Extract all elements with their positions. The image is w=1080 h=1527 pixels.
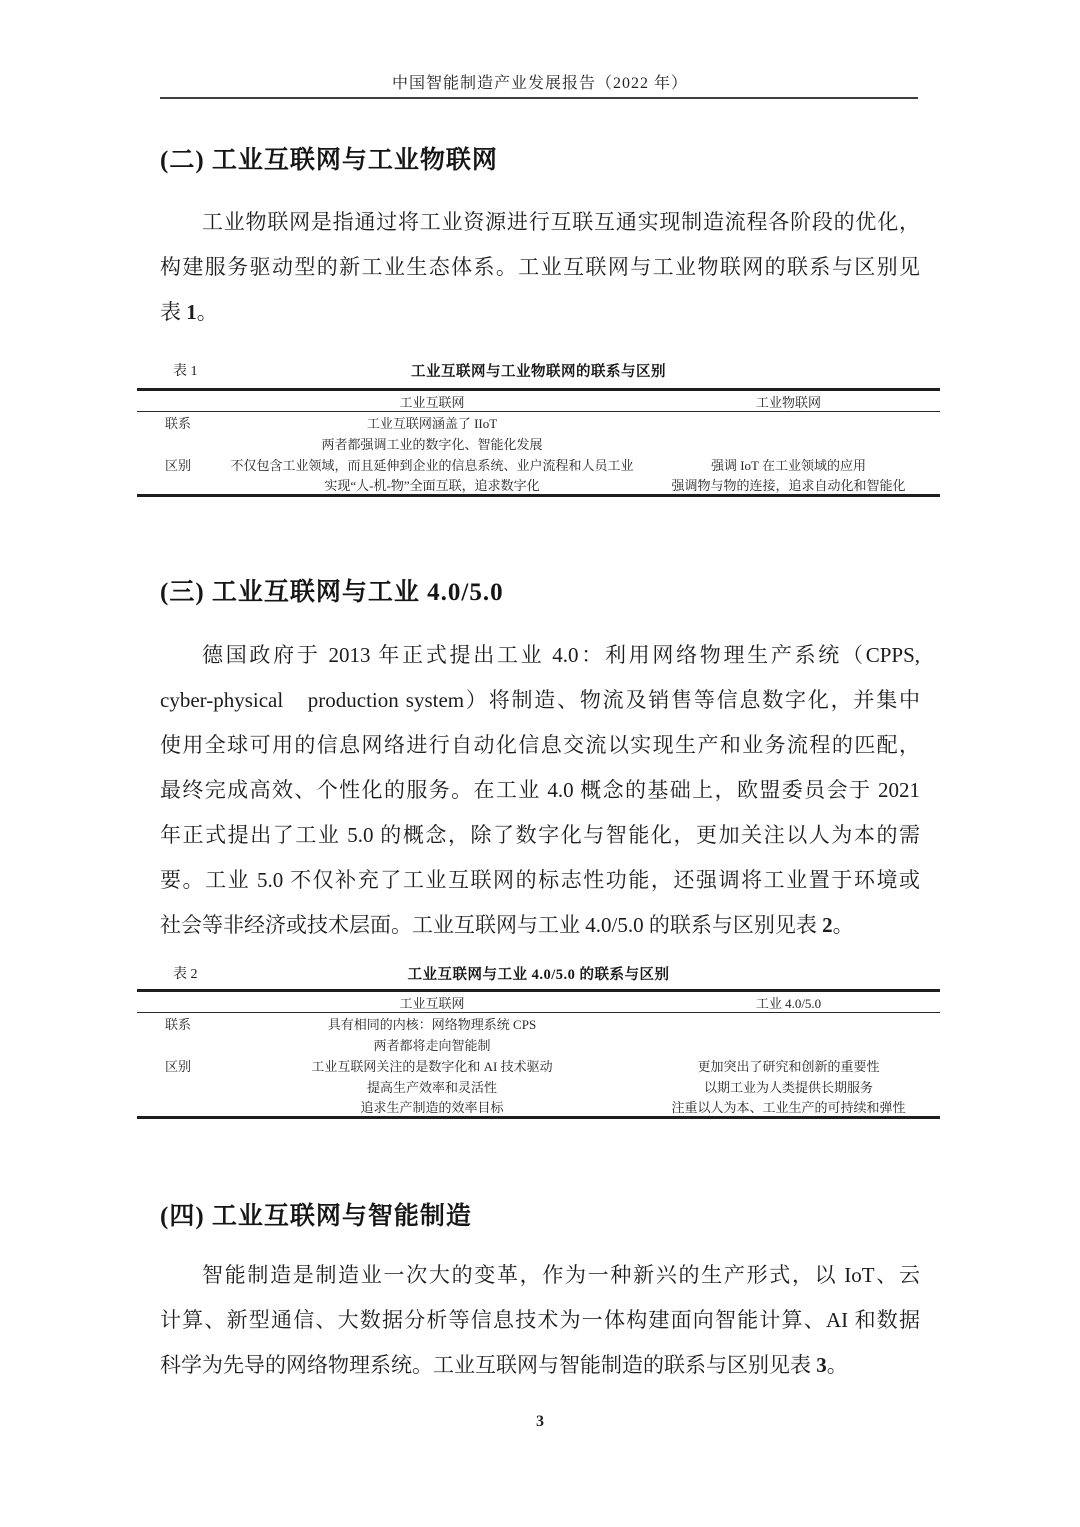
paragraph-line: 构建服务驱动型的新工业生态体系。工业互联网与工业物联网的联系与区别见: [160, 245, 920, 290]
paragraph-line: cyber-physical production system）将制造、物流及…: [160, 678, 920, 723]
table-1-title: 工业互联网与工业物联网的联系与区别: [137, 361, 940, 383]
table-row: 联系 工业互联网涵盖了 IIoT: [137, 412, 940, 433]
page-number: 3: [0, 1413, 1080, 1431]
table-row: 区别 工业互联网关注的是数字化和 AI 技术驱动 更加突出了研究和创新的重要性: [137, 1055, 940, 1076]
table-row: 区别 不仅包含工业领域，而且延伸到企业的信息系统、业户流程和人员工业 强调 Io…: [137, 454, 940, 475]
table-ref-number: 1: [186, 300, 197, 324]
table-ref-number: 3: [816, 1353, 827, 1377]
paragraph-line: 要。工业 5.0 不仅补充了工业互联网的标志性功能，还强调将工业置于环境或: [160, 858, 920, 903]
running-head-rule: [160, 97, 918, 99]
table-2-caption-row: 表 2 工业互联网与工业 4.0/5.0 的联系与区别: [137, 964, 940, 986]
table-1-caption-label: 表 1: [173, 361, 198, 383]
section-3-paragraph: 德国政府于 2013 年正式提出工业 4.0：利用网络物理生产系统（CPPS, …: [160, 633, 920, 948]
table-1-header-col3: 工业物联网: [637, 390, 940, 412]
section-4-heading: (四) 工业互联网与智能制造: [160, 1196, 472, 1232]
paragraph-line: 年正式提出了工业 5.0 的概念，除了数字化与智能化，更加关注以人为本的需: [160, 813, 920, 858]
table-row: 追求生产制造的效率目标 注重以人为本、工业生产的可持续和弹性: [137, 1097, 940, 1118]
table-2-header-empty: [137, 991, 227, 1013]
running-head-title: 中国智能制造产业发展报告（2022 年）: [0, 70, 1080, 93]
table-1-header-row: 工业互联网 工业物联网: [137, 390, 940, 412]
table-row: 提高生产效率和灵活性 以期工业为人类提供长期服务: [137, 1076, 940, 1097]
table-row: 实现“人-机-物”全面互联，追求数字化 强调物与物的连接，追求自动化和智能化: [137, 475, 940, 496]
table-2-title: 工业互联网与工业 4.0/5.0 的联系与区别: [137, 964, 940, 986]
table-1-caption-row: 表 1 工业互联网与工业物联网的联系与区别: [137, 361, 940, 383]
table-row: 联系 具有相同的内核：网络物理系统 CPS: [137, 1013, 940, 1034]
section-2-heading: (二) 工业互联网与工业物联网: [160, 140, 498, 176]
paragraph-line: 德国政府于 2013 年正式提出工业 4.0：利用网络物理生产系统（CPPS,: [160, 633, 920, 678]
paragraph-line: 表 1。: [160, 290, 920, 335]
table-2-header-col2: 工业互联网: [227, 991, 637, 1013]
paragraph-line: 最终完成高效、个性化的服务。在工业 4.0 概念的基础上，欧盟委员会于 2021: [160, 768, 920, 813]
table-2-header-col3: 工业 4.0/5.0: [637, 991, 940, 1013]
table-row: 两者都强调工业的数字化、智能化发展: [137, 433, 940, 454]
table-1: 工业互联网 工业物联网 联系 工业互联网涵盖了 IIoT 两者都强调工业的数字化…: [137, 388, 940, 497]
paragraph-line: 计算、新型通信、大数据分析等信息技术为一体构建面向智能计算、AI 和数据: [160, 1298, 920, 1343]
section-3-heading: (三) 工业互联网与工业 4.0/5.0: [160, 572, 504, 608]
table-1-header-col2: 工业互联网: [227, 390, 637, 412]
table-2-header-row: 工业互联网 工业 4.0/5.0: [137, 991, 940, 1013]
paragraph-line: 科学为先导的网络物理系统。工业互联网与智能制造的联系与区别见表 3。: [160, 1343, 920, 1388]
paragraph-line: 社会等非经济或技术层面。工业互联网与工业 4.0/5.0 的联系与区别见表 2。: [160, 903, 920, 948]
table-2: 工业互联网 工业 4.0/5.0 联系 具有相同的内核：网络物理系统 CPS 两…: [137, 989, 940, 1119]
paragraph-line: 智能制造是制造业一次大的变革，作为一种新兴的生产形式，以 IoT、云: [160, 1253, 920, 1298]
paragraph-line: 使用全球可用的信息网络进行自动化信息交流以实现生产和业务流程的匹配，: [160, 723, 920, 768]
table-2-caption-label: 表 2: [173, 964, 198, 986]
paragraph-line: 工业物联网是指通过将工业资源进行互联互通实现制造流程各阶段的优化，: [160, 200, 920, 245]
table-ref-number: 2: [822, 913, 833, 937]
table-row: 两者都将走向智能制: [137, 1034, 940, 1055]
section-4-paragraph: 智能制造是制造业一次大的变革，作为一种新兴的生产形式，以 IoT、云 计算、新型…: [160, 1253, 920, 1388]
table-1-header-empty: [137, 390, 227, 412]
section-2-paragraph: 工业物联网是指通过将工业资源进行互联互通实现制造流程各阶段的优化， 构建服务驱动…: [160, 200, 920, 335]
